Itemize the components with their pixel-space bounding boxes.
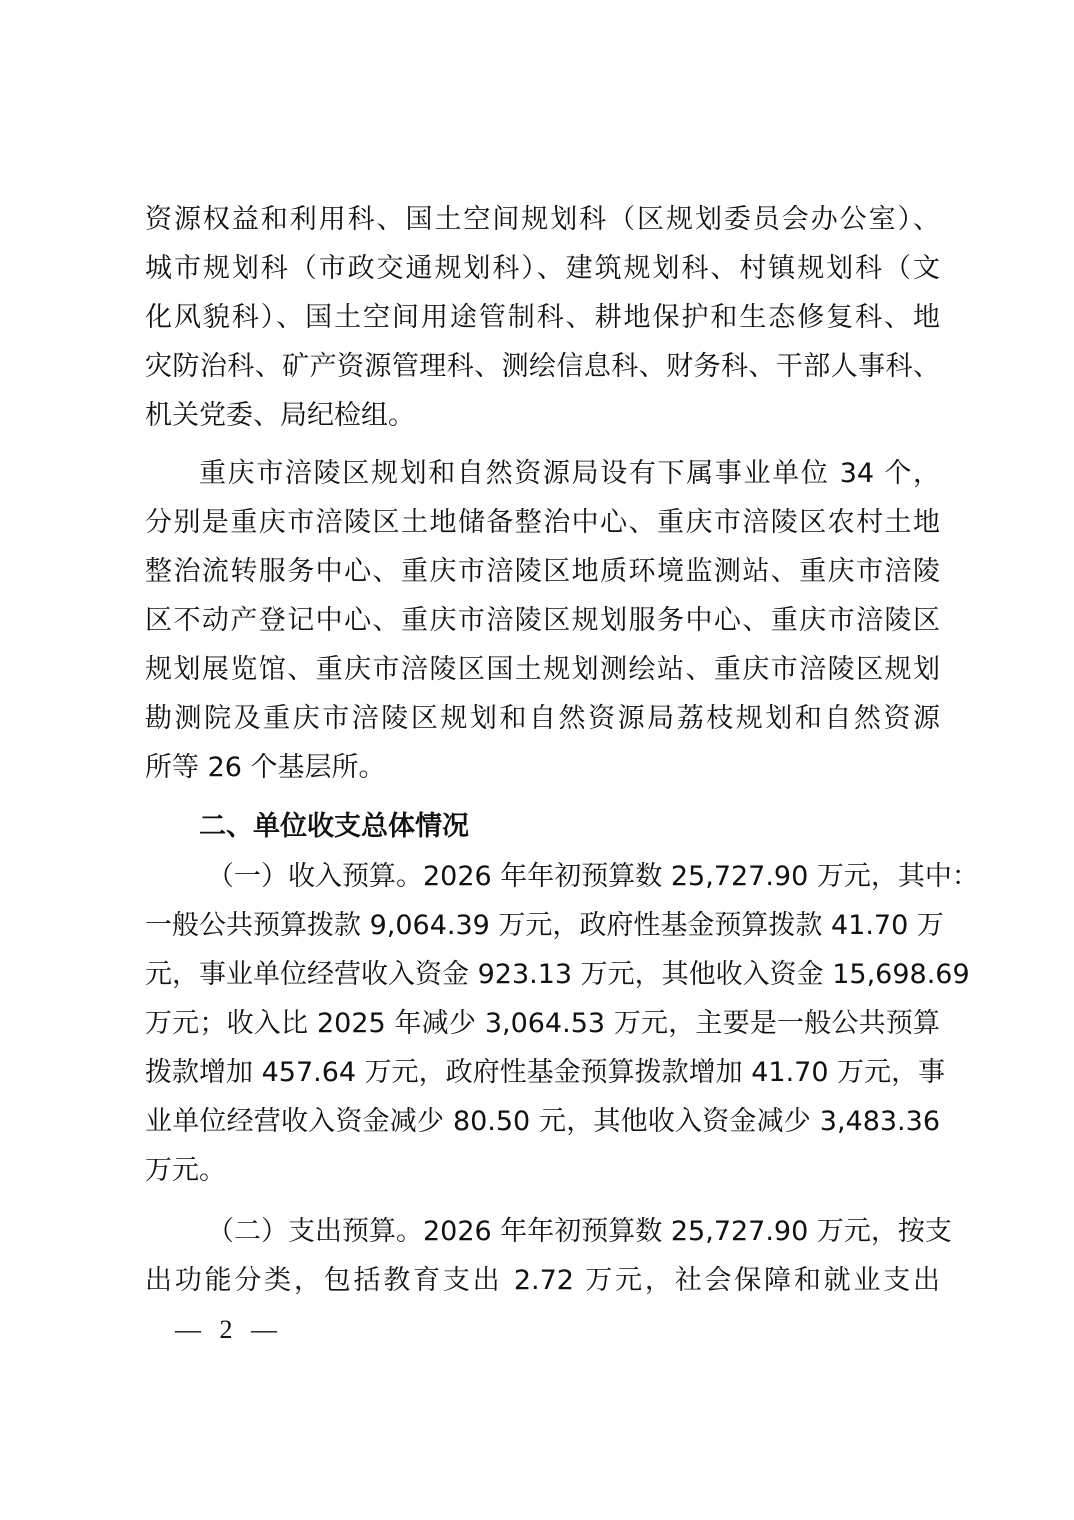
income-first-line: （一）收入预算。 2026 年年初预算数 25,727.90 万元，其中： [199, 857, 940, 897]
text-line: 整治流转服务中心、重庆市涪陵区地质环境监测站、重庆市涪陵 [145, 552, 940, 592]
text-line: 城市规划科（市政交通规划科）、建筑规划科、村镇规划科（文 [145, 249, 940, 289]
text-line: 勘测院及重庆市涪陵区规划和自然资源局荔枝规划和自然资源 [145, 699, 940, 739]
text-line: 机关党委、局纪检组。 [145, 396, 940, 436]
text-line: 出功能分类，包括教育支出 2.72 万元，社会保障和就业支出 [145, 1261, 940, 1301]
text-line: 2026 年年初预算数 25,727.90 万元，其中： [423, 857, 979, 897]
expenditure-subheading: （二）支出预算。 [207, 1212, 423, 1252]
text-line: 灾防治科、矿产资源管理科、测绘信息科、财务科、干部人事科、 [145, 347, 940, 387]
income-subheading: （一）收入预算。 [207, 857, 423, 897]
text-line: 万元。 [145, 1151, 940, 1191]
text-line: 规划展览馆、重庆市涪陵区国土规划测绘站、重庆市涪陵区规划 [145, 650, 940, 690]
text-line: 万元；收入比 2025 年减少 3,064.53 万元，主要是一般公共预算 [145, 1004, 940, 1044]
text-line: 重庆市涪陵区规划和自然资源局设有下属事业单位 34 个， [199, 454, 940, 494]
text-line: 化风貌科）、国土空间用途管制科、耕地保护和生态修复科、地 [145, 298, 940, 338]
page-number: — 2 — [175, 1315, 283, 1345]
text-line: 拨款增加 457.64 万元，政府性基金预算拨款增加 41.70 万元，事 [145, 1053, 940, 1093]
text-line: 所等 26 个基层所。 [145, 748, 940, 788]
text-line: 业单位经营收入资金减少 80.50 元，其他收入资金减少 3,483.36 [145, 1102, 940, 1142]
text-line: 元，事业单位经营收入资金 923.13 万元，其他收入资金 15,698.69 [145, 955, 940, 995]
expenditure-first-line: （二）支出预算。 2026 年年初预算数 25,727.90 万元，按支 [199, 1212, 940, 1252]
text-line: 资源权益和利用科、国土空间规划科（区规划委员会办公室）、 [145, 200, 940, 240]
document-page: 资源权益和利用科、国土空间规划科（区规划委员会办公室）、 城市规划科（市政交通规… [0, 0, 1074, 1520]
text-line: 2026 年年初预算数 25,727.90 万元，按支 [423, 1212, 952, 1252]
text-line: 区不动产登记中心、重庆市涪陵区规划服务中心、重庆市涪陵区 [145, 601, 940, 641]
text-line: 一般公共预算拨款 9,064.39 万元，政府性基金预算拨款 41.70 万 [145, 906, 940, 946]
section-heading: 二、单位收支总体情况 [199, 807, 940, 847]
text-line: 分别是重庆市涪陵区土地储备整治中心、重庆市涪陵区农村土地 [145, 503, 940, 543]
